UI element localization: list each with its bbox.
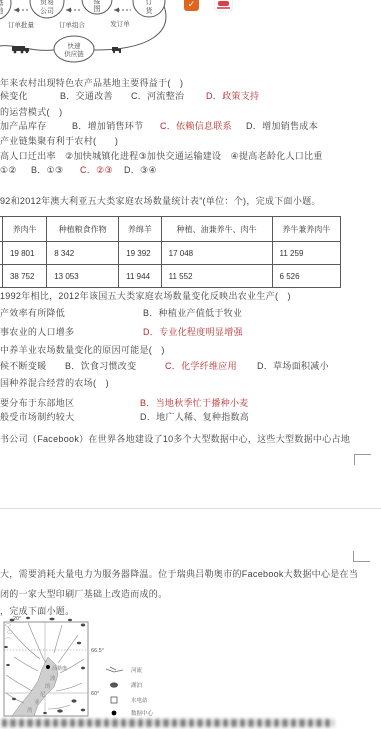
text-line: 92和2012年澳大利亚五大类家庭农场数量统计表”(单位：个)，完成下面小题。 — [0, 196, 321, 207]
question-text: B．种植业产值低于牧业 — [143, 308, 242, 319]
svg-text:的: 的 — [45, 682, 51, 690]
question-text: D．草场面积减小 — [257, 361, 329, 372]
question-text: 产效率有所降低 — [0, 308, 65, 319]
table-cell: 11 259 — [272, 242, 340, 265]
flow-node4-text1: 订 — [146, 0, 153, 6]
table-cell: 13 053 — [47, 265, 119, 288]
legend-label-lake: 湖泊 — [131, 681, 143, 689]
flow-arrow1-label: 订单批量 — [8, 20, 35, 29]
question-text: 高人口迁出率 ②加快城镇化进程③加快交通运输建设 ④提高老龄化人口比重 — [0, 151, 323, 162]
stamp-caption — [217, 7, 230, 9]
flow-arrow2-label: 订单组合 — [59, 20, 86, 29]
highland-squiggles — [5, 624, 13, 640]
table-cell: 19 392 — [119, 242, 162, 265]
text-line: 事农业的人口增多D．专业化程度明显增强 — [0, 327, 74, 338]
question-text: 大，需要消耗大量电力为服务器降温。位于瑞典吕勒奥市的Facebook大数据中心是… — [0, 569, 358, 580]
answer-highlight: C．化学纤维应用 — [165, 361, 237, 372]
question-text: ①② — [0, 165, 17, 176]
data-center-legend-icon — [112, 711, 117, 716]
table-header-cell: 养肉牛 — [2, 217, 46, 242]
table-row: 19 8018 34219 39217 04811 259 — [0, 242, 341, 265]
table-header-cell: 种植、油兼养牛、肉牛 — [161, 217, 272, 242]
flow-node2-text2: 公司 — [40, 6, 54, 15]
question-text: 要分布于东部地区 — [0, 398, 74, 409]
lon-label: 20° — [13, 616, 21, 622]
table-header-cell: 种植粮食作物 — [47, 217, 119, 242]
hydro-station-legend-icon — [111, 697, 117, 703]
supply-chain-flowchart: 基 地 贸易 公司 接 图 订 货 快速 供应链 订单批量 订单组合 发订单 — [0, 0, 195, 75]
flow-node1-text1: 基 — [0, 0, 4, 7]
screenshot-root: 基 地 贸易 公司 接 图 订 货 快速 供应链 订单批量 订单组合 发订单 — [0, 0, 381, 729]
text-line: 要分布于东部地区B．当地秋季忙于播种小麦 — [0, 398, 74, 409]
question-text: 书公司（Facebook）在世界各地建设了10多个大型数据中心，这些大型数据中心… — [0, 434, 350, 445]
flow-curve-right — [94, 6, 166, 50]
text-line: 大，需要消耗大量电力为服务器降温。位于瑞典吕勒奥市的Facebook大数据中心是… — [0, 569, 358, 580]
stamp-icon — [218, 1, 229, 6]
text-line: 候不断变暖B．饮食习惯改变C．化学纤维应用D．草场面积减小 — [0, 361, 47, 372]
question-text: 加产品库存 — [0, 121, 47, 132]
flow-node3-text2: 图 — [94, 4, 101, 13]
svg-text:亚: 亚 — [34, 699, 40, 706]
table-cell: 11 944 — [119, 265, 162, 288]
table-header-row: 养肉牛种植粮食作物养绵羊种植、油兼养牛、肉牛养牛兼养肉牛 — [0, 217, 341, 242]
river-legend-icon — [106, 667, 123, 672]
lulea-map: 吕勒奥 波 的 尼 亚 湾 20° 66.5° 60° 河流 湖泊 — [0, 613, 200, 729]
flow-arrow3-label: 发订单 — [110, 19, 130, 28]
text-line: 闭的一家大型印刷厂基础上改造而成的。 — [0, 589, 167, 600]
table-cell: 8 342 — [47, 242, 119, 265]
text-line: ①②B．①③C．②③D．③④ — [0, 165, 17, 176]
table-cell: 6 526 — [272, 265, 340, 288]
legend-label-river: 河流 — [131, 666, 143, 674]
flow-node3-text1: 接 — [94, 0, 101, 5]
text-boundary-corner-mark-2 — [353, 551, 370, 562]
svg-text:波: 波 — [50, 674, 56, 682]
scooter-icon — [112, 47, 121, 53]
table-cell: 19 801 — [2, 242, 46, 265]
table-header-cell: 养牛兼养肉牛 — [272, 217, 340, 242]
text-line: 年来农村出现特色农产品基地主要得益于( ) — [0, 78, 183, 89]
lat-label-2: 60° — [91, 691, 99, 697]
farm-statistics-table: 养肉牛种植粮食作物养绵羊种植、油兼养牛、肉牛养牛兼养肉牛 19 8018 342… — [0, 216, 341, 288]
text-line: 1992年相比，2012年该国五大类家庭农场数量变化反映出农业生产( ) — [0, 291, 291, 302]
flow-node4-text2: 货 — [146, 6, 154, 15]
flow-node1-text2: 地 — [0, 6, 4, 15]
question-text: 闭的一家大型印刷厂基础上改造而成的。 — [0, 589, 167, 600]
flow-hub-text1: 快速 — [68, 41, 82, 50]
svg-text:尼: 尼 — [40, 690, 46, 698]
text-line: 加产品库存B．增加销售环节C．依赖信息联系D．增加销售成本 — [0, 121, 47, 132]
city-label: 吕勒奥 — [52, 665, 67, 672]
answer-highlight: C．②③ — [80, 165, 113, 176]
lat-label-1: 66.5° — [91, 648, 104, 654]
svg-text:湾: 湾 — [27, 706, 33, 714]
app-icon-red-stamp[interactable] — [215, 0, 232, 11]
text-line: 产效率有所降低B．种植业产值低于牧业 — [0, 308, 65, 319]
text-boundary-corner-mark-1 — [354, 454, 371, 465]
question-text: 的运营模式( ) — [0, 107, 62, 118]
flow-hub-text2: 供应链 — [64, 49, 84, 58]
table-cell: 17 048 — [161, 242, 272, 265]
text-line: 般受市场制约较大D．地广人稀、复种指数高 — [0, 412, 74, 423]
question-text: B．饮食习惯改变 — [65, 361, 136, 372]
table-cell: 38 752 — [2, 265, 46, 288]
legend-label-datacenter: 数据中心 — [131, 709, 154, 717]
answer-highlight: D．专业化程度明显增强 — [143, 327, 243, 338]
question-text: B．增加销售环节 — [72, 121, 143, 132]
text-line: 中养羊业农场数量变化的原因可能是( ) — [0, 345, 165, 356]
text-line: 书公司（Facebook）在世界各地建设了10多个大型数据中心，这些大型数据中心… — [0, 434, 350, 445]
question-text: D．增加销售成本 — [246, 121, 318, 132]
question-text: 事农业的人口增多 — [0, 327, 74, 338]
table-body: 19 8018 34219 39217 04811 25938 75213 05… — [0, 242, 341, 288]
answer-highlight: D．政策支持 — [206, 91, 259, 102]
answer-highlight: B．当地秋季忙于播种小麦 — [140, 398, 249, 409]
question-text: 国种养混合经营的农场( ) — [0, 378, 109, 389]
text-line: 的运营模式( ) — [0, 107, 62, 118]
truck-icon — [12, 46, 29, 53]
question-text: 般受市场制约较大 — [0, 412, 74, 423]
app-icon-orange[interactable]: ✓ — [184, 0, 199, 11]
question-text: B．①③ — [31, 165, 63, 176]
map-legend: 河流 湖泊 水电站 数据中心 — [106, 666, 154, 717]
table-cell: 11 552 — [161, 265, 272, 288]
page-divider-line — [0, 508, 381, 509]
question-text: C．河流整治 — [131, 91, 184, 102]
text-line: 候变化B．交通改善C．河流整治D．政策支持 — [0, 91, 28, 102]
text-line: 国种养混合经营的农场( ) — [0, 378, 109, 389]
text-line: 产业链集聚有利于农村( ) — [0, 136, 118, 147]
question-text: D．地广人稀、复种指数高 — [140, 412, 249, 423]
text-line: 高人口迁出率 ②加快城镇化进程③加快交通运输建设 ④提高老龄化人口比重 — [0, 151, 323, 162]
check-icon: ✓ — [188, 0, 196, 11]
question-text: 中养羊业农场数量变化的原因可能是( ) — [0, 345, 165, 356]
arrowheads — [14, 8, 119, 13]
flow-node2-text1: 贸易 — [40, 0, 54, 6]
question-text: 候不断变暖 — [0, 361, 47, 372]
question-text: 候变化 — [0, 91, 28, 102]
legend-label-hydro: 水电站 — [131, 696, 148, 704]
table-header-cell: 养绵羊 — [119, 217, 162, 242]
lake-legend-icon — [110, 682, 118, 687]
question-text: D．③④ — [124, 165, 157, 176]
question-text: 年来农村出现特色农产品基地主要得益于( ) — [0, 78, 183, 89]
table-row: 38 75213 05311 94411 5526 526 — [0, 265, 341, 288]
data-center-dot — [46, 665, 50, 669]
question-text: 1992年相比，2012年该国五大类家庭农场数量变化反映出农业生产( ) — [0, 291, 291, 302]
blurred-text-line — [2, 719, 334, 727]
question-text: 92和2012年澳大利亚五大类家庭农场数量统计表”(单位：个)，完成下面小题。 — [0, 196, 321, 207]
question-text: 产业链集聚有利于农村( ) — [0, 136, 118, 147]
answer-highlight: C．依赖信息联系 — [160, 121, 232, 132]
question-text: B．交通改善 — [60, 91, 113, 102]
